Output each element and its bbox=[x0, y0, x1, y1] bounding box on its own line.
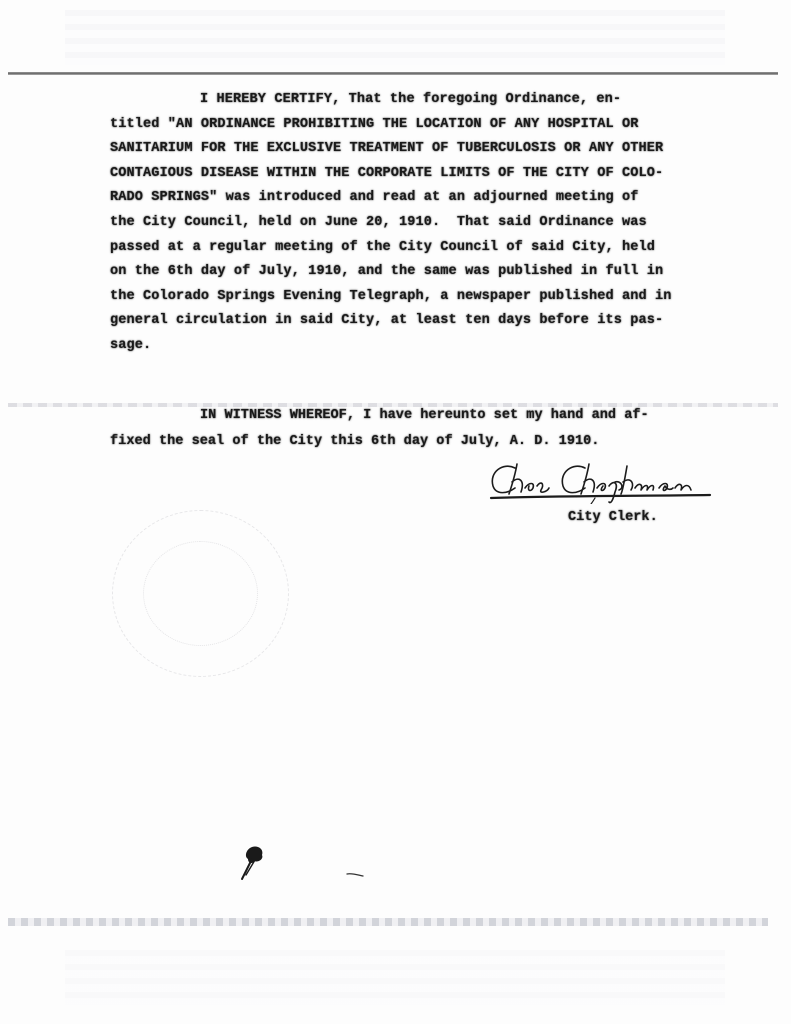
certification-line: the Colorado Springs Evening Telegraph, … bbox=[110, 285, 710, 310]
certification-line: the City Council, held on June 20, 1910.… bbox=[110, 211, 710, 236]
ink-blot-mark bbox=[238, 845, 268, 885]
document-page: I HEREBY CERTIFY, That the foregoing Ord… bbox=[0, 0, 791, 1024]
certification-line: CONTAGIOUS DISEASE WITHIN THE CORPORATE … bbox=[110, 162, 710, 187]
seal-inner-ring bbox=[143, 541, 258, 646]
witness-paragraph: IN WITNESS WHEREOF, I have hereunto set … bbox=[110, 403, 710, 455]
bleed-through-text-bottom bbox=[65, 950, 725, 1005]
embossed-seal bbox=[112, 510, 289, 677]
certification-line: general circulation in said City, at lea… bbox=[110, 309, 710, 334]
bleed-through-text-top bbox=[65, 10, 725, 65]
certification-line: I HEREBY CERTIFY, That the foregoing Ord… bbox=[110, 88, 710, 113]
fold-crease-bottom bbox=[8, 918, 768, 926]
certification-line: SANITARIUM FOR THE EXCLUSIVE TREATMENT O… bbox=[110, 137, 710, 162]
stray-ink-mark bbox=[346, 865, 364, 871]
certification-paragraph: I HEREBY CERTIFY, That the foregoing Ord… bbox=[110, 88, 710, 359]
witness-line: fixed the seal of the City this 6th day … bbox=[110, 429, 710, 455]
handwritten-signature bbox=[485, 458, 745, 504]
certification-line: RADO SPRINGS" was introduced and read at… bbox=[110, 186, 710, 211]
certification-line: sage. bbox=[110, 334, 710, 359]
page-edge-line bbox=[8, 72, 778, 75]
witness-line: IN WITNESS WHEREOF, I have hereunto set … bbox=[110, 403, 710, 429]
certification-line: on the 6th day of July, 1910, and the sa… bbox=[110, 260, 710, 285]
certification-line: titled "AN ORDINANCE PROHIBITING THE LOC… bbox=[110, 113, 710, 138]
certification-line: passed at a regular meeting of the City … bbox=[110, 236, 710, 261]
signatory-title: City Clerk. bbox=[568, 510, 658, 525]
